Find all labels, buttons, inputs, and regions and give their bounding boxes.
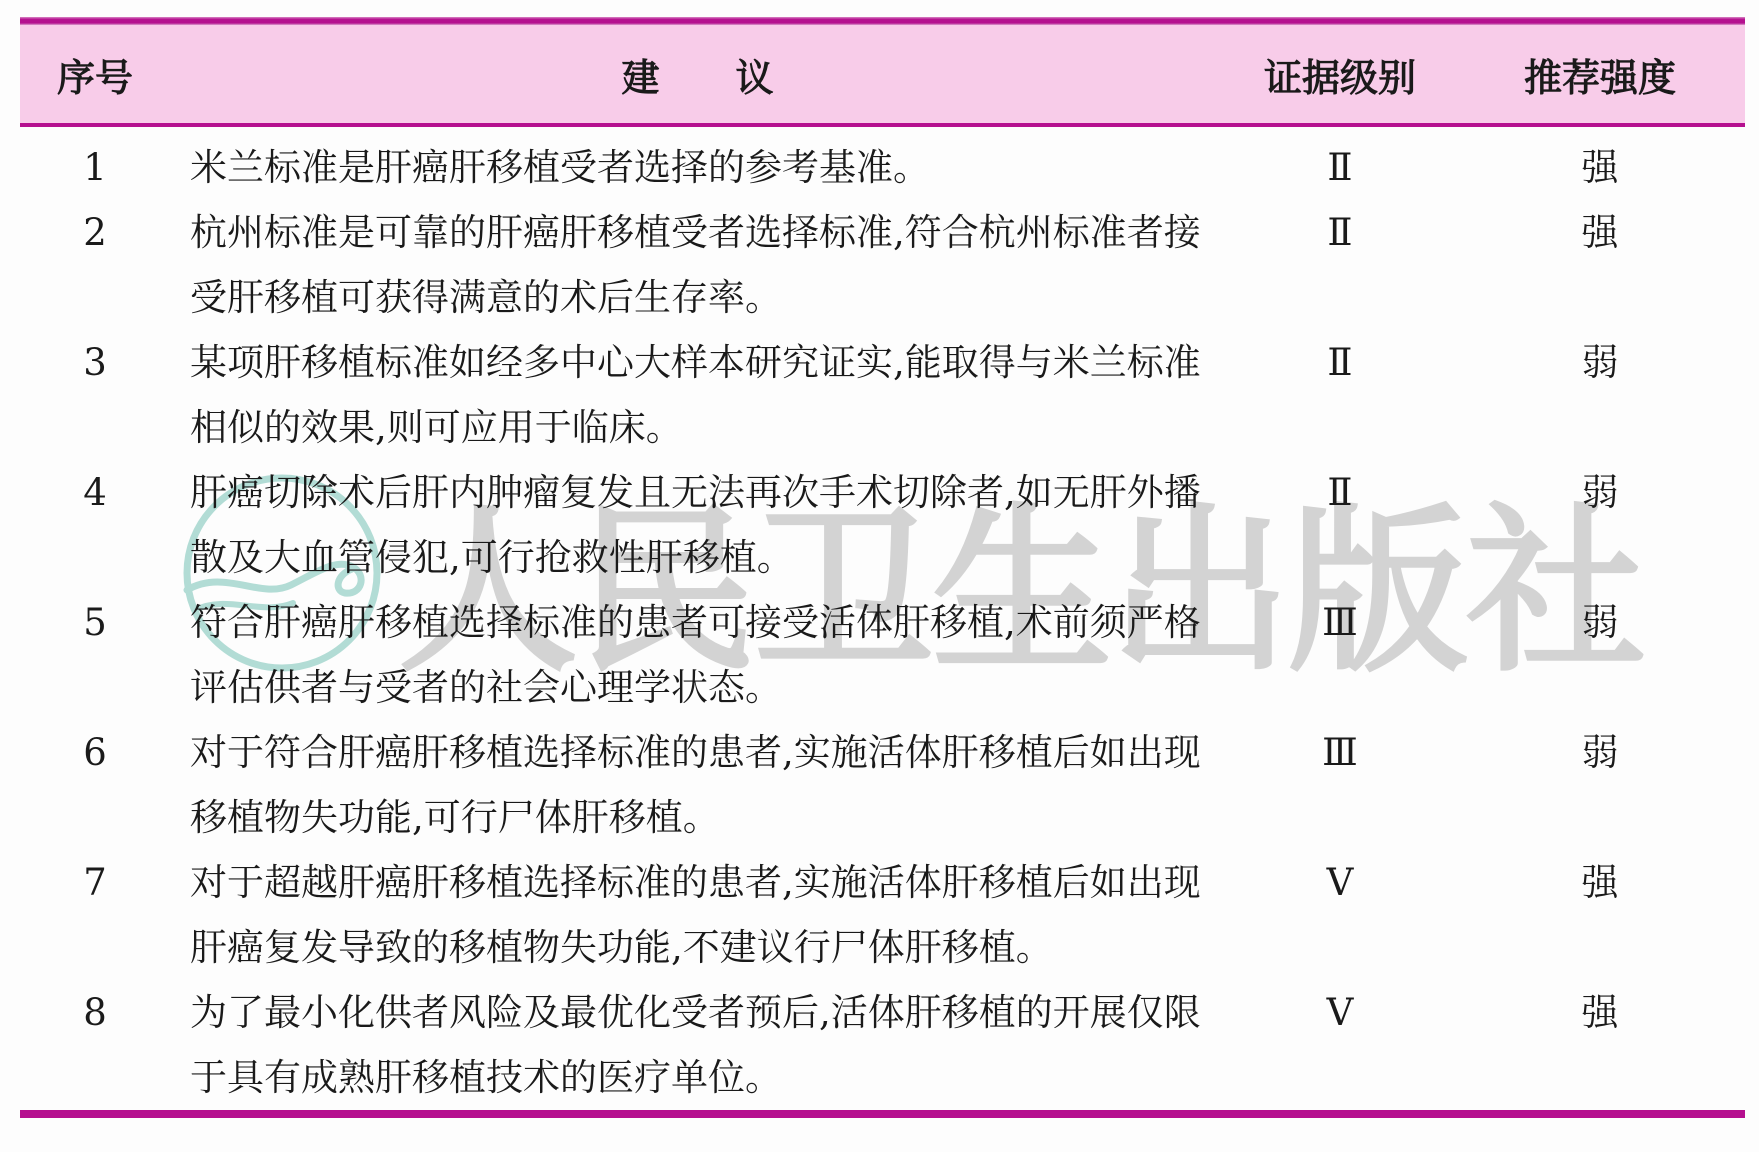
row-index: 8 — [20, 980, 170, 1110]
recommendation-text: 对于超越肝癌肝移植选择标准的患者,实施活体肝移植后如出现肝癌复发导致的移植物失功… — [170, 850, 1225, 980]
recommendation-text: 对于符合肝癌肝移植选择标准的患者,实施活体肝移植后如出现移植物失功能,可行尸体肝… — [170, 720, 1225, 850]
table-row: 8 为了最小化供者风险及最优化受者预后,活体肝移植的开展仅限于具有成熟肝移植技术… — [20, 980, 1745, 1110]
recommendation-strength: 强 — [1455, 135, 1745, 200]
evidence-level: Ⅲ — [1225, 590, 1455, 720]
table-row: 5 符合肝癌肝移植选择标准的患者可接受活体肝移植,术前须严格评估供者与受者的社会… — [20, 590, 1745, 720]
column-header-strength: 推荐强度 — [1455, 47, 1745, 102]
row-index: 4 — [20, 460, 170, 590]
recommendation-strength: 强 — [1455, 200, 1745, 330]
column-header-recommendation: 建 议 — [170, 47, 1225, 102]
recommendation-strength: 弱 — [1455, 460, 1745, 590]
recommendation-text: 杭州标准是可靠的肝癌肝移植受者选择标准,符合杭州标准者接受肝移植可获得满意的术后… — [170, 200, 1225, 330]
recommendations-table: 序号 建 议 证据级别 推荐强度 1 米兰标准是肝癌肝移植受者选择的参考基准。 … — [20, 17, 1745, 1118]
row-index: 2 — [20, 200, 170, 330]
recommendation-text: 肝癌切除术后肝内肿瘤复发且无法再次手术切除者,如无肝外播散及大血管侵犯,可行抢救… — [170, 460, 1225, 590]
row-index: 6 — [20, 720, 170, 850]
evidence-level: Ⅱ — [1225, 200, 1455, 330]
evidence-level: Ⅴ — [1225, 980, 1455, 1110]
recommendation-strength: 弱 — [1455, 590, 1745, 720]
recommendation-strength: 弱 — [1455, 720, 1745, 850]
evidence-level: Ⅱ — [1225, 135, 1455, 200]
recommendation-text: 符合肝癌肝移植选择标准的患者可接受活体肝移植,术前须严格评估供者与受者的社会心理… — [170, 590, 1225, 720]
row-index: 1 — [20, 135, 170, 200]
recommendation-text: 为了最小化供者风险及最优化受者预后,活体肝移植的开展仅限于具有成熟肝移植技术的医… — [170, 980, 1225, 1110]
recommendation-strength: 强 — [1455, 850, 1745, 980]
table-row: 4 肝癌切除术后肝内肿瘤复发且无法再次手术切除者,如无肝外播散及大血管侵犯,可行… — [20, 460, 1745, 590]
table-row: 3 某项肝移植标准如经多中心大样本研究证实,能取得与米兰标准相似的效果,则可应用… — [20, 330, 1745, 460]
recommendation-strength: 强 — [1455, 980, 1745, 1110]
recommendation-text: 某项肝移植标准如经多中心大样本研究证实,能取得与米兰标准相似的效果,则可应用于临… — [170, 330, 1225, 460]
page-root: 人民卫生出版社 序号 建 议 证据级别 推荐强度 1 米兰标准是肝癌肝移植受者选… — [0, 0, 1759, 1152]
table-body: 1 米兰标准是肝癌肝移植受者选择的参考基准。 Ⅱ 强 2 杭州标准是可靠的肝癌肝… — [20, 127, 1745, 1110]
evidence-level: Ⅴ — [1225, 850, 1455, 980]
top-rule — [20, 17, 1745, 25]
evidence-level: Ⅱ — [1225, 460, 1455, 590]
row-index: 3 — [20, 330, 170, 460]
recommendation-strength: 弱 — [1455, 330, 1745, 460]
evidence-level: Ⅱ — [1225, 330, 1455, 460]
table-row: 6 对于符合肝癌肝移植选择标准的患者,实施活体肝移植后如出现移植物失功能,可行尸… — [20, 720, 1745, 850]
table-row: 7 对于超越肝癌肝移植选择标准的患者,实施活体肝移植后如出现肝癌复发导致的移植物… — [20, 850, 1745, 980]
table-header: 序号 建 议 证据级别 推荐强度 — [20, 25, 1745, 127]
column-header-evidence: 证据级别 — [1225, 47, 1455, 102]
row-index: 7 — [20, 850, 170, 980]
bottom-rule — [20, 1110, 1745, 1118]
table-row: 1 米兰标准是肝癌肝移植受者选择的参考基准。 Ⅱ 强 — [20, 135, 1745, 200]
column-header-index: 序号 — [20, 47, 170, 102]
row-index: 5 — [20, 590, 170, 720]
table-row: 2 杭州标准是可靠的肝癌肝移植受者选择标准,符合杭州标准者接受肝移植可获得满意的… — [20, 200, 1745, 330]
evidence-level: Ⅲ — [1225, 720, 1455, 850]
recommendation-text: 米兰标准是肝癌肝移植受者选择的参考基准。 — [170, 135, 1225, 200]
